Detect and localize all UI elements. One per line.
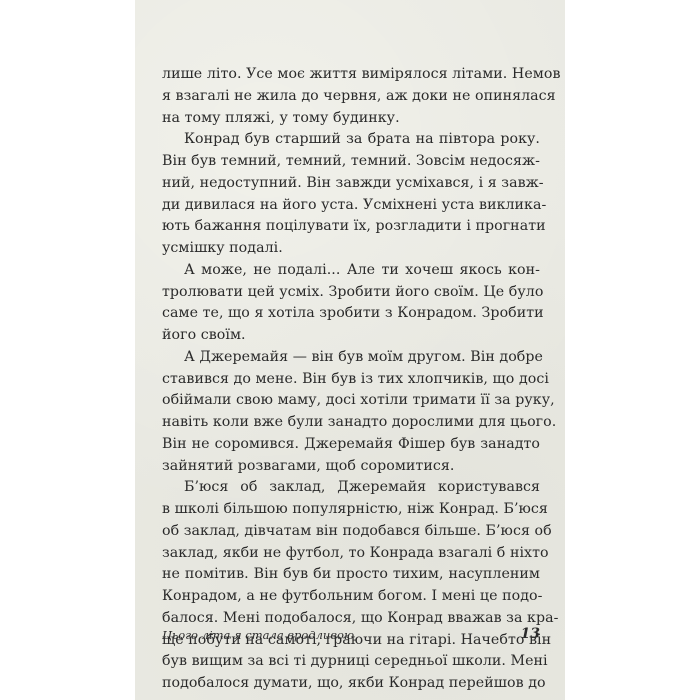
text-line: заклад, якби не футбол, то Конрада взага… — [162, 543, 540, 565]
text-line: тролювати цей усміх. Зробити його своїм.… — [162, 282, 540, 304]
text-line: усмішку подалі. — [162, 238, 540, 260]
text-line: лише літо. Усе моє життя вимірялося літа… — [162, 64, 540, 86]
text-line: зайнятий розвагами, щоб соромитися. — [162, 456, 540, 478]
text-line: А може, не подалі... Але ти хочеш якось … — [162, 260, 540, 282]
text-line: балося. Мені подобалося, що Конрад вважа… — [162, 608, 540, 630]
page-body-text: лише літо. Усе моє життя вимірялося літа… — [162, 64, 540, 695]
text-line: я взагалі не жила до червня, аж доки не … — [162, 86, 540, 108]
text-line: не помітив. Він був би просто тихим, нас… — [162, 564, 540, 586]
running-title: Цього літа я стала вродливою — [162, 628, 354, 642]
text-line: об заклад, дівчатам він подобався більше… — [162, 521, 540, 543]
text-line: ди дивилася на його уста. Усміхнені уста… — [162, 195, 540, 217]
text-line: ний, недоступний. Він завжди усміхався, … — [162, 173, 540, 195]
text-line: на тому пляжі, у тому будинку. — [162, 108, 540, 130]
book-page: лише літо. Усе моє життя вимірялося літа… — [135, 0, 565, 700]
text-line: Конрад був старший за брата на півтора р… — [162, 129, 540, 151]
text-line: Конрадом, а не футбольним богом. І мені … — [162, 586, 540, 608]
text-line: був вищим за всі ті дурниці середньої шк… — [162, 651, 540, 673]
text-line: обіймали свою маму, досі хотіли тримати … — [162, 390, 540, 412]
text-line: саме те, що я хотіла зробити з Конрадом.… — [162, 303, 540, 325]
text-line: Б’юся об заклад, Джеремайя користувався — [162, 477, 540, 499]
text-line: його своїм. — [162, 325, 540, 347]
page-number: 13 — [521, 626, 540, 642]
text-line: ють бажання поцілувати їх, розгладити і … — [162, 216, 540, 238]
text-line: в школі більшою популярністю, ніж Конрад… — [162, 499, 540, 521]
text-line: Він був темний, темний, темний. Зовсім н… — [162, 151, 540, 173]
text-line: подобалося думати, що, якби Конрад перей… — [162, 673, 540, 695]
text-line: ставився до мене. Він був із тих хлопчик… — [162, 369, 540, 391]
text-line: Він не соромився. Джеремайя Фішер був за… — [162, 434, 540, 456]
text-line: А Джеремайя — він був моїм другом. Він д… — [162, 347, 540, 369]
text-line: навіть коли вже були занадто дорослими д… — [162, 412, 540, 434]
